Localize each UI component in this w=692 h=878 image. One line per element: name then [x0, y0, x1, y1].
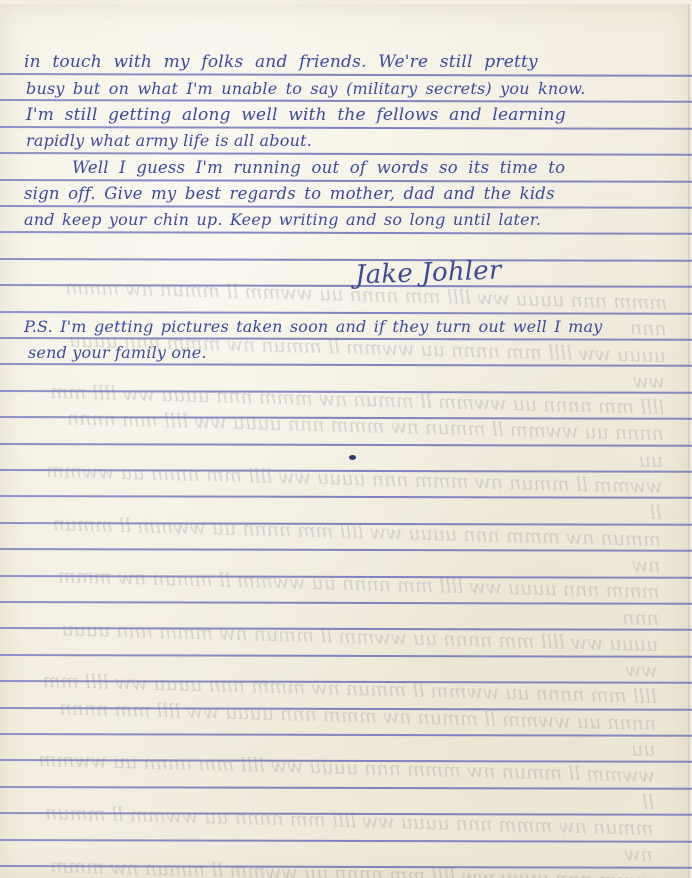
- ruled-line: [0, 654, 692, 658]
- ruled-line: [0, 469, 692, 473]
- ruled-line: [0, 786, 692, 790]
- ruled-line: [0, 865, 692, 869]
- ruled-line: [0, 126, 692, 130]
- postscript-line-1: P.S. I'm getting pictures taken soon and…: [24, 317, 602, 336]
- ruled-line: [0, 73, 692, 77]
- ruled-line: [0, 443, 692, 447]
- body-line-5: Well I guess I'm running out of words so…: [72, 158, 565, 177]
- signature: Jake Johler: [355, 255, 502, 290]
- ruled-line: [0, 522, 692, 526]
- ruled-line: [0, 839, 692, 843]
- body-line-3: I'm still getting along well with the fe…: [26, 105, 566, 125]
- ruled-line: [0, 495, 692, 499]
- ruled-line: [0, 680, 692, 684]
- ruled-line: [0, 733, 692, 737]
- ruled-line: [0, 707, 692, 711]
- body-line-7: and keep your chin up. Keep writing and …: [24, 210, 541, 229]
- ink-blot: [349, 455, 356, 460]
- ruled-line: [0, 627, 692, 631]
- ruled-line: [0, 231, 692, 235]
- body-line-2: busy but on what I'm unable to say (mili…: [26, 79, 586, 98]
- ruled-line: [0, 99, 692, 103]
- postscript-line-2: send your family one.: [28, 343, 207, 362]
- ruled-line: [0, 258, 692, 262]
- ruled-line: [0, 812, 692, 816]
- ruled-line: [0, 284, 692, 288]
- body-line-1: in touch with my folks and friends. We'r…: [24, 52, 538, 72]
- ruled-line: [0, 205, 692, 209]
- body-line-4: rapidly what army life is all about.: [26, 131, 312, 150]
- body-line-6: sign off. Give my best regards to mother…: [24, 184, 555, 203]
- ruled-line: [0, 179, 692, 183]
- ruled-line: [0, 311, 692, 315]
- ruled-line: [0, 759, 692, 763]
- ruled-line: [0, 601, 692, 605]
- ruled-line: [0, 416, 692, 420]
- ruled-line: [0, 337, 692, 341]
- ruled-line: [0, 575, 692, 579]
- ruled-line: [0, 390, 692, 394]
- ruled-line: [0, 152, 692, 156]
- ruled-line: [0, 548, 692, 552]
- ruled-line: [0, 363, 692, 367]
